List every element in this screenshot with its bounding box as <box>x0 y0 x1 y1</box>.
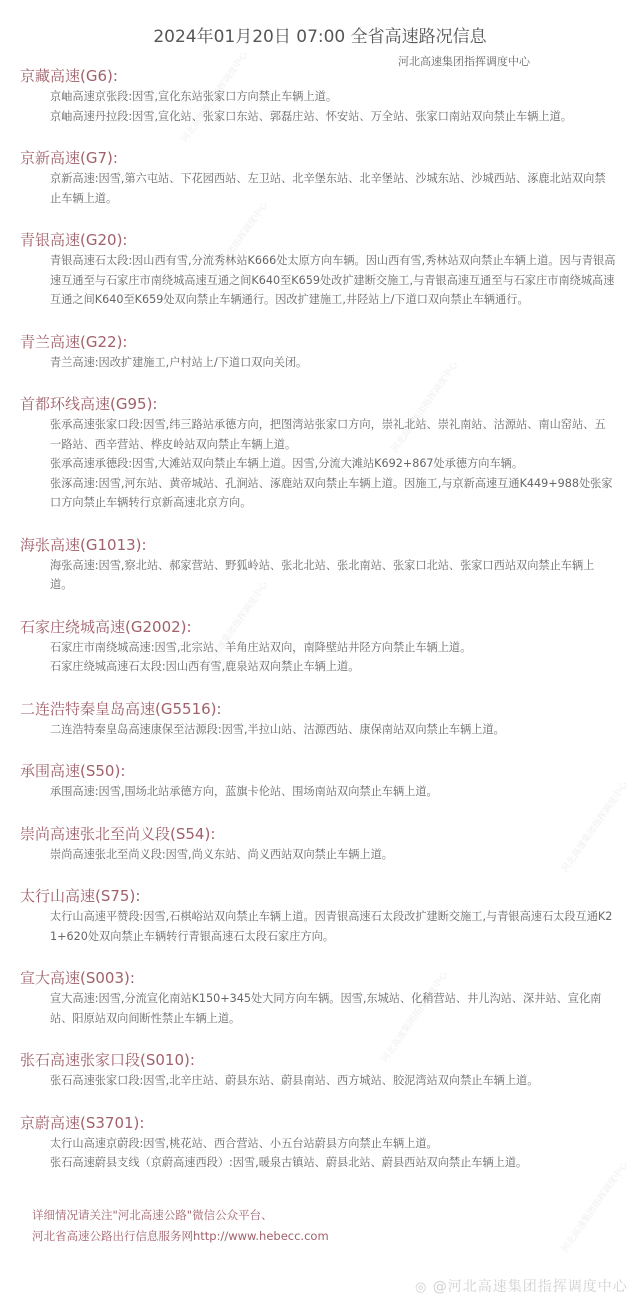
footer-wechat-line: 详细情况请关注"河北高速公路"微信公众平台、 <box>32 1205 329 1226</box>
highway-section: 京藏高速(G6):京岫高速京张段:因雪,宣化东站张家口方向禁止车辆上道。京岫高速… <box>20 66 630 126</box>
highway-section: 海张高速(G1013):海张高速:因雪,察北站、郝家营站、野狐岭站、张北北站、张… <box>20 535 630 595</box>
highway-section: 首都环线高速(G95):张承高速张家口段:因雪,纬三路站承德方向，把图湾站张家口… <box>20 394 630 513</box>
closure-notice: 宣大高速:因雪,分流宣化南站K150+345处大同方向车辆。因雪,东城站、化稍营… <box>20 989 616 1028</box>
road-conditions-list: 京藏高速(G6):京岫高速京张段:因雪,宣化东站张家口方向禁止车辆上道。京岫高速… <box>20 66 630 1195</box>
closure-notice: 承围高速:因雪,围场北站承德方向，蓝旗卡伦站、围场南站双向禁止车辆上道。 <box>20 782 616 802</box>
highway-section: 太行山高速(S75):太行山高速平赞段:因雪,石棋峪站双向禁止车辆上道。因青银高… <box>20 886 630 946</box>
closure-notice: 京岫高速丹拉段:因雪,宣化站、张家口东站、郭磊庄站、怀安站、万全站、张家口南站双… <box>20 107 616 127</box>
closure-notice: 京新高速:因雪,第六屯站、下花园西站、左卫站、北辛堡东站、北辛堡站、沙城东站、沙… <box>20 169 616 208</box>
highway-section: 京蔚高速(S3701):太行山高速京蔚段:因雪,桃花站、西合营站、小五台站蔚县方… <box>20 1113 630 1173</box>
highway-section: 张石高速张家口段(S010):张石高速张家口段:因雪,北辛庄站、蔚县东站、蔚县南… <box>20 1050 630 1091</box>
highway-section: 二连浩特秦皇岛高速(G5516):二连浩特秦皇岛高速康保至沽源段:因雪,半拉山站… <box>20 699 630 740</box>
closure-notice: 太行山高速平赞段:因雪,石棋峪站双向禁止车辆上道。因青银高速石太段改扩建断交施工… <box>20 907 616 946</box>
weibo-handle: @河北高速集团指挥调度中心 <box>433 1279 628 1295</box>
closure-notice: 京岫高速京张段:因雪,宣化东站张家口方向禁止车辆上道。 <box>20 87 616 107</box>
closure-notice: 张石高速蔚县支线（京蔚高速西段）:因雪,暖泉古镇站、蔚县北站、蔚县西站双向禁止车… <box>20 1153 616 1173</box>
highway-title: 青银高速(G20): <box>20 230 630 250</box>
closure-notice: 张承高速张家口段:因雪,纬三路站承德方向，把图湾站张家口方向，崇礼北站、崇礼南站… <box>20 415 616 454</box>
highway-title: 青兰高速(G22): <box>20 332 630 352</box>
highway-title: 宣大高速(S003): <box>20 968 630 988</box>
highway-section: 京新高速(G7):京新高速:因雪,第六屯站、下花园西站、左卫站、北辛堡东站、北辛… <box>20 148 630 208</box>
highway-title: 张石高速张家口段(S010): <box>20 1050 630 1070</box>
closure-notice: 石家庄市南绕城高速:因雪,北宗站、羊角庄站双向，南降壁站井陉方向禁止车辆上道。 <box>20 638 616 658</box>
highway-title: 二连浩特秦皇岛高速(G5516): <box>20 699 630 719</box>
closure-notice: 海张高速:因雪,察北站、郝家营站、野狐岭站、张北北站、张北南站、张家口北站、张家… <box>20 556 616 595</box>
highway-title: 首都环线高速(G95): <box>20 394 630 414</box>
closure-notice: 二连浩特秦皇岛高速康保至沽源段:因雪,半拉山站、沽源西站、康保南站双向禁止车辆上… <box>20 720 616 740</box>
highway-section: 石家庄绕城高速(G2002):石家庄市南绕城高速:因雪,北宗站、羊角庄站双向，南… <box>20 617 630 677</box>
closure-notice: 青银高速石太段:因山西有雪,分流秀林站K666处太原方向车辆。因山西有雪,秀林站… <box>20 251 616 310</box>
highway-section: 青银高速(G20):青银高速石太段:因山西有雪,分流秀林站K666处太原方向车辆… <box>20 230 630 310</box>
closure-notice: 张涿高速:因雪,河东站、黄帝城站、孔涧站、涿鹿站双向禁止车辆上道。因施工,与京新… <box>20 474 616 513</box>
closure-notice: 张承高速承德段:因雪,大滩站双向禁止车辆上道。因雪,分流大滩站K692+867处… <box>20 454 616 474</box>
highway-title: 京藏高速(G6): <box>20 66 630 86</box>
highway-title: 承围高速(S50): <box>20 761 630 781</box>
highway-title: 海张高速(G1013): <box>20 535 630 555</box>
weibo-icon: ◎ <box>415 1280 427 1295</box>
highway-section: 崇尚高速张北至尚义段(S54):崇尚高速张北至尚义段:因雪,尚义东站、尚义西站双… <box>20 824 630 865</box>
highway-section: 宣大高速(S003):宣大高速:因雪,分流宣化南站K150+345处大同方向车辆… <box>20 968 630 1028</box>
highway-section: 青兰高速(G22):青兰高速:因改扩建施工,户村站上/下道口双向关闭。 <box>20 332 630 373</box>
closure-notice: 青兰高速:因改扩建施工,户村站上/下道口双向关闭。 <box>20 353 616 373</box>
weibo-watermark: ◎ @河北高速集团指挥调度中心 <box>415 1276 628 1296</box>
closure-notice: 石家庄绕城高速石太段:因山西有雪,鹿泉站双向禁止车辆上道。 <box>20 657 616 677</box>
highway-title: 石家庄绕城高速(G2002): <box>20 617 630 637</box>
highway-title: 京蔚高速(S3701): <box>20 1113 630 1133</box>
closure-notice: 崇尚高速张北至尚义段:因雪,尚义东站、尚义西站双向禁止车辆上道。 <box>20 845 616 865</box>
page-title: 2024年01月20日 07:00 全省高速路况信息 <box>0 22 640 47</box>
closure-notice: 张石高速张家口段:因雪,北辛庄站、蔚县东站、蔚县南站、西方城站、胶泥湾站双向禁止… <box>20 1071 616 1091</box>
footer-note: 详细情况请关注"河北高速公路"微信公众平台、 河北省高速公路出行信息服务网htt… <box>32 1205 329 1247</box>
highway-title: 京新高速(G7): <box>20 148 630 168</box>
highway-section: 承围高速(S50):承围高速:因雪,围场北站承德方向，蓝旗卡伦站、围场南站双向禁… <box>20 761 630 802</box>
highway-title: 崇尚高速张北至尚义段(S54): <box>20 824 630 844</box>
footer-website-line[interactable]: 河北省高速公路出行信息服务网http://www.hebecc.com <box>32 1226 329 1247</box>
closure-notice: 太行山高速京蔚段:因雪,桃花站、西合营站、小五台站蔚县方向禁止车辆上道。 <box>20 1134 616 1154</box>
highway-title: 太行山高速(S75): <box>20 886 630 906</box>
